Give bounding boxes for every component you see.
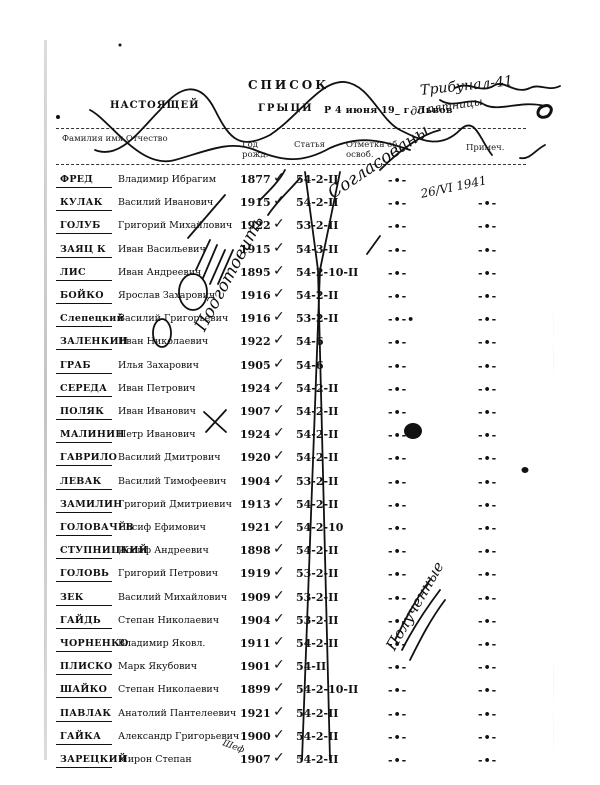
row-release-mark: -•- <box>388 383 407 396</box>
row-notes-mark: -•- <box>478 267 497 280</box>
row-birth-year: 1924 <box>240 382 271 395</box>
row-birth-year: 1904 <box>240 614 271 627</box>
header-article: Статья <box>294 140 325 150</box>
row-notes-mark: -•- <box>478 476 497 489</box>
checkmark-icon: ✓ <box>273 263 285 279</box>
row-birth-year: 1922 <box>240 335 271 348</box>
row-given-name: Василий Михайлович <box>118 592 227 603</box>
row-notes-mark: -•- <box>478 522 497 535</box>
row-birth-year: 1904 <box>240 475 271 488</box>
row-notes-mark: -•- <box>478 661 497 674</box>
row-release-mark: -•-• <box>388 313 415 326</box>
checkmark-icon: ✓ <box>273 541 285 557</box>
row-surname: ГОЛУБ <box>60 220 101 231</box>
row-article: 54-2-II <box>296 451 338 464</box>
header-rule-top <box>56 128 526 129</box>
surname-underline <box>56 489 112 490</box>
row-article: 54-6 <box>296 335 324 348</box>
table-row: МАЛИНИНПетр Иванович192454-2-II-•--•-✓ <box>56 427 536 447</box>
surname-underline <box>56 396 112 397</box>
row-release-mark: -•- <box>388 406 407 419</box>
row-article: 54-2-II <box>296 753 338 766</box>
row-birth-year: 1909 <box>240 591 271 604</box>
row-notes-mark: -•- <box>478 545 497 558</box>
row-birth-year: 1907 <box>240 753 271 766</box>
row-given-name: Йосиф Ефимович <box>118 522 206 533</box>
table-row: ПЛИСКОМарк Якубович190154-II-•--•-✓ <box>56 659 536 679</box>
row-surname: КУЛАК <box>60 197 103 208</box>
surname-underline <box>56 233 112 234</box>
table-row: ШАЙКОСтепан Николаевич189954-2-10-II-•--… <box>56 682 536 702</box>
surname-underline <box>56 512 112 513</box>
row-article: 54-II <box>296 660 326 673</box>
surname-underline <box>56 280 112 281</box>
document-subtitle-mid: ГРЫЦИ <box>258 103 314 114</box>
row-surname: ГАЙКА <box>60 731 101 742</box>
row-release-mark: -•- <box>388 244 407 257</box>
row-birth-year: 1919 <box>240 567 271 580</box>
row-notes-mark: -•- <box>478 499 497 512</box>
row-given-name: Григорий Михайлович <box>118 220 232 231</box>
row-article: 54-2-10-II <box>296 683 358 696</box>
row-surname: СЕРЕДА <box>60 383 107 394</box>
row-surname: ЛЕВАК <box>60 476 102 487</box>
row-release-mark: -•- <box>388 174 407 187</box>
row-given-name: Петр Иванович <box>118 429 196 440</box>
row-notes-mark: -•- <box>478 684 497 697</box>
row-surname: ШАЙКО <box>60 684 107 695</box>
table-row: КУЛАКВасилий Иванович191554-2-II-•--•-✓ <box>56 195 536 215</box>
row-given-name: Иван Петрович <box>118 383 196 394</box>
checkmark-icon: ✓ <box>273 727 285 743</box>
row-birth-year: 1921 <box>240 707 271 720</box>
row-article: 54-2-II <box>296 289 338 302</box>
row-given-name: Марк Якубович <box>118 661 197 672</box>
row-notes-mark: -•- <box>478 754 497 767</box>
checkmark-icon: ✓ <box>273 680 285 696</box>
row-given-name: Иосиф Андреевич <box>118 545 209 556</box>
checkmark-icon: ✓ <box>273 193 285 209</box>
surname-underline <box>56 628 112 629</box>
row-notes-mark: -•- <box>478 220 497 233</box>
row-birth-year: 1899 <box>240 683 271 696</box>
row-article: 54-2-II <box>296 637 338 650</box>
row-notes-mark: -•- <box>478 244 497 257</box>
surname-underline <box>56 651 112 652</box>
row-notes-mark: -•- <box>478 615 497 628</box>
row-release-mark: -•- <box>388 499 407 512</box>
row-article: 54-2-II <box>296 428 338 441</box>
checkmark-icon: ✓ <box>273 472 285 488</box>
row-surname: ГРАБ <box>60 360 91 371</box>
row-surname: ГОЛОВЬ <box>60 568 109 579</box>
row-surname: БОЙКО <box>60 290 104 301</box>
row-release-mark: -•- <box>388 661 407 674</box>
row-notes-mark: -•- <box>478 452 497 465</box>
checkmark-icon: ✓ <box>273 611 285 627</box>
row-release-mark: -•- <box>388 684 407 697</box>
row-article: 54-6 <box>296 359 324 372</box>
page-edge-shadow <box>44 40 47 760</box>
row-notes-mark: -•- <box>478 336 497 349</box>
row-release-mark: -•- <box>388 476 407 489</box>
table-row: ПОЛЯКИван Иванович190754-2-II-•--•-✓ <box>56 404 536 424</box>
row-surname: ПАВЛАК <box>60 708 111 719</box>
row-surname: ГАВРИЛО <box>60 452 117 463</box>
checkmark-icon: ✓ <box>273 588 285 604</box>
surname-underline <box>56 581 112 582</box>
row-notes-mark: -•- <box>478 406 497 419</box>
surname-underline <box>56 767 112 768</box>
row-birth-year: 1920 <box>240 451 271 464</box>
row-given-name: Василий Иванович <box>118 197 213 208</box>
row-release-mark: -•- <box>388 754 407 767</box>
surname-underline <box>56 744 112 745</box>
surname-underline <box>56 349 112 350</box>
row-release-mark: -•- <box>388 336 407 349</box>
document-subtitle-left: НАСТОЯЩЕЙ <box>110 100 200 111</box>
surname-underline <box>56 257 112 258</box>
checkmark-icon: ✓ <box>273 750 285 766</box>
header-rule-bottom <box>56 164 526 165</box>
table-row: ГАЙКААлександр Григорьевич190054-2-II-•-… <box>56 729 536 749</box>
row-article: 53-2-II <box>296 591 338 604</box>
row-given-name: Григорий Дмитриевич <box>118 499 232 510</box>
row-notes-mark: -•- <box>478 313 497 326</box>
row-surname: МАЛИНИН <box>60 429 125 440</box>
table-row: ЗАМИЛИНГригорий Дмитриевич191354-2-II-•-… <box>56 497 536 517</box>
row-notes-mark: -•- <box>478 360 497 373</box>
row-article: 54-2-10 <box>296 521 343 534</box>
row-birth-year: 1915 <box>240 196 271 209</box>
checkmark-icon: ✓ <box>273 448 285 464</box>
surname-underline <box>56 697 112 698</box>
surname-underline <box>56 419 112 420</box>
row-birth-year: 1901 <box>240 660 271 673</box>
row-article: 54-2-II <box>296 730 338 743</box>
table-row: СЕРЕДАИван Петрович192454-2-II-•--•-✓ <box>56 381 536 401</box>
checkmark-icon: ✓ <box>273 425 285 441</box>
checkmark-icon: ✓ <box>273 216 285 232</box>
row-release-mark: -•- <box>388 545 407 558</box>
table-row: ГОЛУБГригорий Михайлович192253-2-II-•--•… <box>56 218 536 238</box>
row-given-name: Степан Николаевич <box>118 615 219 626</box>
row-release-mark: -•- <box>388 290 407 303</box>
row-surname: ГАЙДЬ <box>60 615 101 626</box>
row-given-name: Иван Андреевич <box>118 267 201 278</box>
row-surname: Слепецкий <box>60 313 124 324</box>
row-notes-mark: -•- <box>478 429 497 442</box>
row-given-name: Григорий Петрович <box>118 568 218 579</box>
row-notes-mark: -•- <box>478 383 497 396</box>
row-surname: ЗАМИЛИН <box>60 499 123 510</box>
row-given-name: Ярослав Захарович <box>118 290 215 301</box>
row-notes-mark: -•- <box>478 708 497 721</box>
surname-underline <box>56 442 112 443</box>
table-row: ГАЙДЬСтепан Николаевич190453-2-II-•--•-✓ <box>56 613 536 633</box>
table-row: ЛЕВАКВасилий Тимофеевич190453-2-II-•--•-… <box>56 474 536 494</box>
row-given-name: Иван Васильевич <box>118 244 206 255</box>
row-birth-year: 1911 <box>240 637 271 650</box>
row-surname: ПЛИСКО <box>60 661 113 672</box>
checkmark-icon: ✓ <box>273 332 285 348</box>
row-notes-mark: -•- <box>478 638 497 651</box>
row-article: 54-2-II <box>296 544 338 557</box>
header-notes: Примеч. <box>466 143 504 153</box>
row-release-mark: -•- <box>388 522 407 535</box>
surname-underline <box>56 210 112 211</box>
row-given-name: Степан Николаевич <box>118 684 219 695</box>
row-birth-year: 1898 <box>240 544 271 557</box>
row-release-mark: -•- <box>388 360 407 373</box>
row-release-mark: -•- <box>388 197 407 210</box>
table-row: СТУПНИЦКИЙИосиф Андреевич189854-2-II-•--… <box>56 543 536 563</box>
row-surname: ПОЛЯК <box>60 406 104 417</box>
checkmark-icon: ✓ <box>273 240 285 256</box>
table-row: ЗАЯЦ КИван Васильевич191554-3-II-•--•-✓ <box>56 242 536 262</box>
row-given-name: Илья Захарович <box>118 360 199 371</box>
checkmark-icon: ✓ <box>273 564 285 580</box>
table-row: ГОЛОВАЧЕВЙосиф Ефимович192154-2-10-•--•-… <box>56 520 536 540</box>
table-row: ЛИСИван Андреевич189554-2-10-II-•--•-✓ <box>56 265 536 285</box>
surname-underline <box>56 674 112 675</box>
table-row: ЗАЛЕНКИНИван Николаевич192254-6-•--•-✓ <box>56 334 536 354</box>
table-row: ПАВЛАКАнатолий Пантелеевич192154-2-II-•-… <box>56 706 536 726</box>
checkmark-icon: ✓ <box>273 170 285 186</box>
row-surname: ФРЕД <box>60 174 93 185</box>
row-surname: ЗЕК <box>60 592 84 603</box>
surname-underline <box>56 721 112 722</box>
row-birth-year: 1905 <box>240 359 271 372</box>
row-release-mark: -•- <box>388 708 407 721</box>
surname-underline <box>56 558 112 559</box>
table-row: БОЙКОЯрослав Захарович191654-2-II-•--•-✓ <box>56 288 536 308</box>
surname-underline <box>56 605 112 606</box>
row-given-name: Иван Николаевич <box>118 336 208 347</box>
row-article: 54-2-II <box>296 707 338 720</box>
row-birth-year: 1907 <box>240 405 271 418</box>
row-article: 53-2-II <box>296 219 338 232</box>
table-row: ЧОРНЕНКОВладимир Яковл.191154-2-II-•--•-… <box>56 636 536 656</box>
table-row: СлепецкийВасилий Григорьевич191653-2-II-… <box>56 311 536 331</box>
row-article: 53-2-II <box>296 567 338 580</box>
row-given-name: Александр Григорьевич <box>118 731 239 742</box>
checkmark-icon: ✓ <box>273 657 285 673</box>
row-article: 54-2-II <box>296 382 338 395</box>
header-year: Год рожд. <box>242 140 282 160</box>
surname-underline <box>56 187 112 188</box>
row-release-mark: -•- <box>388 429 407 442</box>
document-title: СПИСОК <box>248 78 329 92</box>
row-birth-year: 1921 <box>240 521 271 534</box>
table-row: ЗАРЕЦКИЙМирон Степан190754-2-II-•--•-✓ <box>56 752 536 772</box>
checkmark-icon: ✓ <box>273 379 285 395</box>
row-release-mark: -•- <box>388 592 407 605</box>
row-release-mark: -•- <box>388 452 407 465</box>
row-given-name: Анатолий Пантелеевич <box>118 708 236 719</box>
row-given-name: Иван Иванович <box>118 406 196 417</box>
table-row: ГАВРИЛОВасилий Дмитрович192054-2-II-•--•… <box>56 450 536 470</box>
table-row: ГРАБИлья Захарович190554-6-•--•-✓ <box>56 358 536 378</box>
checkmark-icon: ✓ <box>273 356 285 372</box>
checkmark-icon: ✓ <box>273 309 285 325</box>
row-notes-mark: -•- <box>478 592 497 605</box>
row-birth-year: 1877 <box>240 173 271 186</box>
surname-underline <box>56 373 112 374</box>
row-notes-mark: -•- <box>478 197 497 210</box>
row-given-name: Василий Тимофеевич <box>118 476 226 487</box>
row-article: 54-2-II <box>296 498 338 511</box>
row-article: 54-3-II <box>296 243 338 256</box>
row-surname: ЗАЯЦ К <box>60 244 106 255</box>
row-birth-year: 1916 <box>240 312 271 325</box>
row-given-name: Владимир Ибрагим <box>118 174 216 185</box>
row-surname: ЛИС <box>60 267 86 278</box>
row-notes-mark: -•- <box>478 290 497 303</box>
row-birth-year: 1895 <box>240 266 271 279</box>
checkmark-icon: ✓ <box>273 518 285 534</box>
row-article: 53-2-II <box>296 312 338 325</box>
table-row: ЗЕКВасилий Михайлович190953-2-II-•--•-✓ <box>56 590 536 610</box>
checkmark-icon: ✓ <box>273 634 285 650</box>
surname-underline <box>56 465 112 466</box>
row-birth-year: 1900 <box>240 730 271 743</box>
row-birth-year: 1916 <box>240 289 271 302</box>
row-notes-mark: -•- <box>478 731 497 744</box>
surname-underline <box>56 535 112 536</box>
surname-underline <box>56 303 112 304</box>
header-name: Фамилия имя Отчество <box>62 134 168 144</box>
row-birth-year: 1913 <box>240 498 271 511</box>
row-article: 54-2-II <box>296 405 338 418</box>
row-given-name: Мирон Степан <box>118 754 192 765</box>
checkmark-icon: ✓ <box>273 286 285 302</box>
row-given-name: Василий Дмитрович <box>118 452 220 463</box>
row-release-mark: -•- <box>388 568 407 581</box>
row-given-name: Владимир Яковл. <box>118 638 205 649</box>
row-notes-mark: -•- <box>478 568 497 581</box>
checkmark-icon: ✓ <box>273 402 285 418</box>
row-release-mark: -•- <box>388 731 407 744</box>
surname-underline <box>56 326 112 327</box>
row-article: 54-2-10-II <box>296 266 358 279</box>
row-birth-year: 1924 <box>240 428 271 441</box>
row-release-mark: -•- <box>388 267 407 280</box>
checkmark-icon: ✓ <box>273 704 285 720</box>
row-article: 53-2-II <box>296 614 338 627</box>
table-row: ГОЛОВЬГригорий Петрович191953-2-II-•--•-… <box>56 566 536 586</box>
row-article: 53-2-II <box>296 475 338 488</box>
row-release-mark: -•- <box>388 220 407 233</box>
checkmark-icon: ✓ <box>273 495 285 511</box>
